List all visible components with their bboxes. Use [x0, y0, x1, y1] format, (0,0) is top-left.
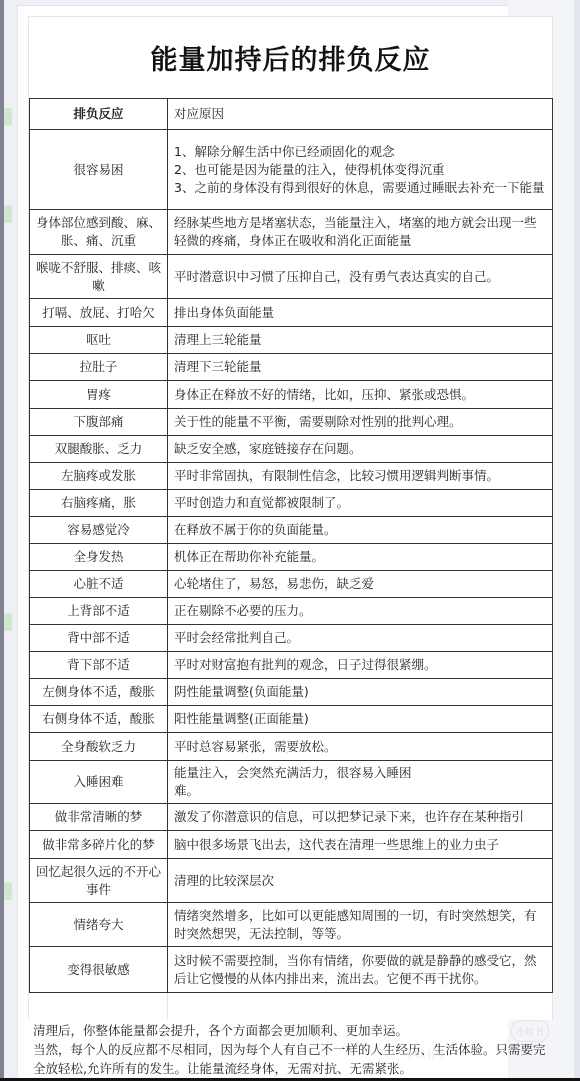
empty-cell — [168, 993, 553, 1021]
reaction-cell: 很容易困 — [30, 130, 168, 210]
table-row: 右侧身体不适，酸胀阳性能量调整(正面能量) — [30, 706, 553, 733]
column-header-cause: 对应原因 — [168, 99, 553, 130]
column-header-reaction: 排负反应 — [30, 99, 168, 130]
cause-cell: 平时总容易紧张，需要放松。 — [168, 733, 553, 761]
reaction-cell: 上背部不适 — [30, 598, 168, 625]
cause-cell: 激发了你潜意识的信息，可以把梦记录下来，也许存在某种指引 — [168, 804, 553, 831]
cause-line: 清理的比较深层次 — [174, 872, 546, 890]
cause-line: 身体正在释放不好的情绪，比如，压抑、紧张或恐惧。 — [174, 386, 546, 404]
table-row: 呕吐清理上三轮能量 — [30, 327, 553, 354]
empty-cell — [30, 993, 168, 1021]
cause-cell: 心轮堵住了，易怒，易悲伤，缺乏爱 — [168, 571, 553, 598]
cause-cell: 平时非常固执，有限制性信念，比较习惯用逻辑判断事情。 — [168, 463, 553, 490]
cause-line: 脑中很多场景飞出去，这代表在清理一些思维上的业力虫子 — [174, 836, 546, 854]
cause-line: 平时创造力和直觉都被限制了。 — [174, 494, 546, 512]
side-marker — [4, 108, 12, 126]
table-row: 做非常多碎片化的梦脑中很多场景飞出去，这代表在清理一些思维上的业力虫子 — [30, 831, 553, 859]
reaction-cell: 做非常多碎片化的梦 — [30, 831, 168, 859]
reaction-cell: 回忆起很久远的不开心事件 — [30, 859, 168, 903]
cause-line: 在释放不属于你的负面能量。 — [174, 521, 546, 539]
table-row: 全身酸软乏力平时总容易紧张，需要放松。 — [30, 733, 553, 761]
cause-cell: 身体正在释放不好的情绪，比如，压抑、紧张或恐惧。 — [168, 381, 553, 409]
footer-note: 清理后，你整体能量都会提升，各个方面都会更加顺利、更加幸运。 当然，每个人的反应… — [33, 1021, 553, 1078]
side-marker — [4, 205, 12, 223]
cause-cell: 脑中很多场景飞出去，这代表在清理一些思维上的业力虫子 — [168, 831, 553, 859]
cause-cell: 平时创造力和直觉都被限制了。 — [168, 490, 553, 517]
cause-line: 情绪突然增多，比如可以更能感知周围的一切，有时突然想笑，有时突然想哭，无法控制，… — [174, 907, 546, 943]
cause-cell: 清理上三轮能量 — [168, 327, 553, 354]
watermark-badge: 小红书 — [511, 1020, 549, 1042]
cause-cell: 1、解除分解生活中你已经顽固化的观念2、也可能是因为能量的注入，使得机体变得沉重… — [168, 130, 553, 210]
table-row: 入睡困难能量注入，会突然充满活力，很容易入睡困难。 — [30, 761, 553, 804]
cause-line: 阳性能量调整(正面能量) — [174, 710, 546, 728]
cause-cell: 机体正在帮助你补充能量。 — [168, 544, 553, 571]
reaction-cell: 背下部不适 — [30, 652, 168, 679]
cause-line: 经脉某些地方是堵塞状态，当能量注入，堵塞的地方就会出现一些轻微的疼痛，身体正在吸… — [174, 214, 546, 250]
table-row: 喉咙不舒服、排痰、咳嗽平时潜意识中习惯了压抑自己，没有勇气表达真实的自己。 — [30, 255, 553, 299]
cause-cell: 这时候不需要控制，当你有情绪，你要做的就是静静的感受它，然后让它慢慢的从体内排出… — [168, 947, 553, 993]
cause-cell: 平时对财富抱有批判的观念，日子过得很紧绷。 — [168, 652, 553, 679]
cause-cell: 在释放不属于你的负面能量。 — [168, 517, 553, 544]
cause-cell: 阴性能量调整(负面能量) — [168, 679, 553, 706]
reaction-cell: 双腿酸胀、乏力 — [30, 436, 168, 463]
reaction-cell: 右脑疼痛，胀 — [30, 490, 168, 517]
cause-cell: 排出身体负面能量 — [168, 299, 553, 327]
table-row: 左脑疼或发胀平时非常固执，有限制性信念，比较习惯用逻辑判断事情。 — [30, 463, 553, 490]
table-row: 变得很敏感这时候不需要控制，当你有情绪，你要做的就是静静的感受它，然后让它慢慢的… — [30, 947, 553, 993]
cause-line: 缺乏安全感，家庭链接存在问题。 — [174, 440, 546, 458]
reaction-table: 排负反应 对应原因 很容易困1、解除分解生活中你已经顽固化的观念2、也可能是因为… — [29, 98, 553, 1020]
table-row: 做非常清晰的梦激发了你潜意识的信息，可以把梦记录下来，也许存在某种指引 — [30, 804, 553, 831]
table-row: 上背部不适正在剔除不必要的压力。 — [30, 598, 553, 625]
cause-line: 关于性的能量不平衡，需要剔除对性别的批判心理。 — [174, 413, 546, 431]
table-row: 情绪夸大情绪突然增多，比如可以更能感知周围的一切，有时突然想笑，有时突然想哭，无… — [30, 903, 553, 947]
reaction-cell: 喉咙不舒服、排痰、咳嗽 — [30, 255, 168, 299]
cause-cell: 正在剔除不必要的压力。 — [168, 598, 553, 625]
cause-line: 2、也可能是因为能量的注入，使得机体变得沉重 — [174, 161, 546, 179]
cause-cell: 清理的比较深层次 — [168, 859, 553, 903]
reaction-cell: 下腹部痛 — [30, 409, 168, 436]
reaction-cell: 身体部位感到酸、麻、胀、痛、沉重 — [30, 210, 168, 255]
table-row: 右脑疼痛，胀平时创造力和直觉都被限制了。 — [30, 490, 553, 517]
cause-cell: 缺乏安全感，家庭链接存在问题。 — [168, 436, 553, 463]
reaction-cell: 背中部不适 — [30, 625, 168, 652]
cause-cell: 关于性的能量不平衡，需要剔除对性别的批判心理。 — [168, 409, 553, 436]
cause-line: 排出身体负面能量 — [174, 304, 546, 322]
reaction-cell: 心脏不适 — [30, 571, 168, 598]
cause-cell: 平时潜意识中习惯了压抑自己，没有勇气表达真实的自己。 — [168, 255, 553, 299]
cause-cell: 能量注入，会突然充满活力，很容易入睡困难。 — [168, 761, 553, 804]
reaction-cell: 左侧身体不适，酸胀 — [30, 679, 168, 706]
table-row: 左侧身体不适，酸胀阴性能量调整(负面能量) — [30, 679, 553, 706]
table-spacer-row — [30, 993, 553, 1021]
reaction-cell: 入睡困难 — [30, 761, 168, 804]
cause-line: 阴性能量调整(负面能量) — [174, 683, 546, 701]
reaction-cell: 容易感觉冷 — [30, 517, 168, 544]
reaction-cell: 打嗝、放屁、打哈欠 — [30, 299, 168, 327]
footer-line: 当然，每个人的反应都不尽相同，因为每个人有自己不一样的人生经历、生活体验。只需要… — [33, 1040, 553, 1078]
cause-line: 能量注入，会突然充满活力，很容易入睡困 — [174, 764, 546, 782]
window-left-edge — [0, 0, 4, 1081]
table-row: 背下部不适平时对财富抱有批判的观念，日子过得很紧绷。 — [30, 652, 553, 679]
cause-cell: 平时会经常批判自己。 — [168, 625, 553, 652]
table-row: 很容易困1、解除分解生活中你已经顽固化的观念2、也可能是因为能量的注入，使得机体… — [30, 130, 553, 210]
cause-line: 平时非常固执，有限制性信念，比较习惯用逻辑判断事情。 — [174, 467, 546, 485]
cause-line: 平时对财富抱有批判的观念，日子过得很紧绷。 — [174, 656, 546, 674]
cause-line: 3、之前的身体没有得到很好的休息，需要通过睡眠去补充一下能量 — [174, 179, 546, 197]
watermark-text: 小红书号 — [405, 1046, 445, 1061]
reaction-cell: 左脑疼或发胀 — [30, 463, 168, 490]
cause-cell: 阳性能量调整(正面能量) — [168, 706, 553, 733]
table-row: 心脏不适心轮堵住了，易怒，易悲伤，缺乏爱 — [30, 571, 553, 598]
side-marker — [4, 613, 12, 631]
page-title: 能量加持后的排负反应 — [29, 16, 552, 98]
table-row: 双腿酸胀、乏力缺乏安全感，家庭链接存在问题。 — [30, 436, 553, 463]
reaction-cell: 情绪夸大 — [30, 903, 168, 947]
cause-line: 心轮堵住了，易怒，易悲伤，缺乏爱 — [174, 575, 546, 593]
cause-line: 清理下三轮能量 — [174, 358, 546, 376]
reaction-cell: 胃疼 — [30, 381, 168, 409]
reaction-cell: 呕吐 — [30, 327, 168, 354]
cause-line: 机体正在帮助你补充能量。 — [174, 548, 546, 566]
table-row: 背中部不适平时会经常批判自己。 — [30, 625, 553, 652]
cause-line: 正在剔除不必要的压力。 — [174, 602, 546, 620]
table-row: 全身发热机体正在帮助你补充能量。 — [30, 544, 553, 571]
reaction-cell: 全身酸软乏力 — [30, 733, 168, 761]
cause-line: 1、解除分解生活中你已经顽固化的观念 — [174, 143, 546, 161]
table-row: 拉肚子清理下三轮能量 — [30, 354, 553, 381]
cause-cell: 经脉某些地方是堵塞状态，当能量注入，堵塞的地方就会出现一些轻微的疼痛，身体正在吸… — [168, 210, 553, 255]
table-row: 胃疼身体正在释放不好的情绪，比如，压抑、紧张或恐惧。 — [30, 381, 553, 409]
table-row: 打嗝、放屁、打哈欠排出身体负面能量 — [30, 299, 553, 327]
table-row: 容易感觉冷在释放不属于你的负面能量。 — [30, 517, 553, 544]
document: 能量加持后的排负反应 排负反应 对应原因 很容易困1、解除分解生活中你已经顽固化… — [28, 16, 553, 1020]
table-row: 下腹部痛关于性的能量不平衡，需要剔除对性别的批判心理。 — [30, 409, 553, 436]
reaction-cell: 做非常清晰的梦 — [30, 804, 168, 831]
cause-line: 这时候不需要控制，当你有情绪，你要做的就是静静的感受它，然后让它慢慢的从体内排出… — [174, 952, 546, 988]
table-row: 回忆起很久远的不开心事件清理的比较深层次 — [30, 859, 553, 903]
reaction-cell: 右侧身体不适，酸胀 — [30, 706, 168, 733]
side-marker — [4, 882, 12, 900]
scrollbar-track[interactable] — [574, 0, 580, 1081]
cause-line: 激发了你潜意识的信息，可以把梦记录下来，也许存在某种指引 — [174, 808, 546, 826]
reaction-cell: 全身发热 — [30, 544, 168, 571]
cause-line: 难。 — [174, 782, 546, 800]
cause-line: 清理上三轮能量 — [174, 331, 546, 349]
footer-line: 清理后，你整体能量都会提升，各个方面都会更加顺利、更加幸运。 — [33, 1021, 553, 1040]
reaction-cell: 变得很敏感 — [30, 947, 168, 993]
cause-line: 平时潜意识中习惯了压抑自己，没有勇气表达真实的自己。 — [174, 268, 546, 286]
cause-cell: 清理下三轮能量 — [168, 354, 553, 381]
table-header-row: 排负反应 对应原因 — [30, 99, 553, 130]
reaction-cell: 拉肚子 — [30, 354, 168, 381]
cause-line: 平时总容易紧张，需要放松。 — [174, 738, 546, 756]
cause-cell: 情绪突然增多，比如可以更能感知周围的一切，有时突然想笑，有时突然想哭，无法控制，… — [168, 903, 553, 947]
cause-line: 平时会经常批判自己。 — [174, 629, 546, 647]
table-row: 身体部位感到酸、麻、胀、痛、沉重经脉某些地方是堵塞状态，当能量注入，堵塞的地方就… — [30, 210, 553, 255]
